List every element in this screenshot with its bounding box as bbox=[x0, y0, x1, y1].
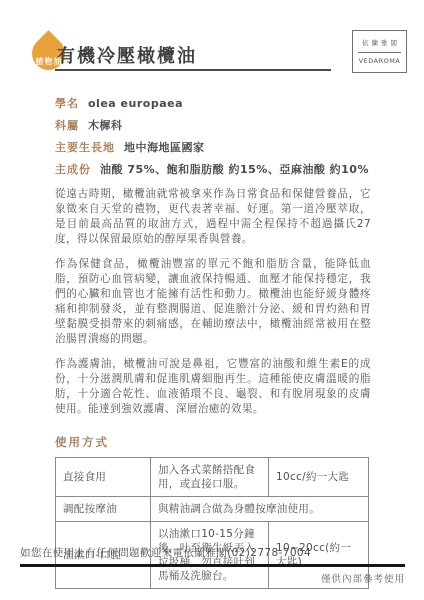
usage-desc: 加入各式菜餚搭配食用，或直接口服。 bbox=[151, 458, 269, 497]
spec-value: olea europaea bbox=[88, 97, 183, 110]
usage-desc: 與精油調合做為身體按摩油使用。 bbox=[151, 497, 369, 522]
spec-value: 木樨科 bbox=[88, 117, 123, 133]
usage-method: 直接食用 bbox=[56, 458, 151, 497]
usage-dose: 10cc/約一大匙 bbox=[269, 458, 369, 497]
table-row-direct-eat: 直接食用 加入各式菜餚搭配食用，或直接口服。 10cc/約一大匙 bbox=[56, 458, 369, 497]
usage-section-title: 使用方式 bbox=[55, 434, 371, 450]
spec-value: 油酸 75%、飽和脂肪酸 約15%、亞麻油酸 約10% bbox=[100, 161, 369, 177]
spec-row-origin: 主要生長地 地中海地區國家 bbox=[55, 139, 371, 155]
spec-label: 科屬 bbox=[55, 117, 79, 133]
spec-value: 地中海地區國家 bbox=[124, 139, 205, 155]
usage-method: 調配按摩油 bbox=[56, 497, 151, 522]
spec-label: 主成份 bbox=[55, 161, 91, 177]
brand-logo-cjk: 依蘭雅閣 bbox=[353, 38, 406, 47]
paragraph-health: 作為保健食品，橄欖油豐富的單元不飽和脂肪含量，能降低血脂，預防心血管病變，讓血液… bbox=[55, 257, 371, 347]
table-row-massage-oil: 調配按摩油 與精油調合做為身體按摩油使用。 bbox=[56, 497, 369, 522]
document-page: 植物油 有機冷壓橄欖油 依蘭雅閣 VEDAROMA 學名 olea europa… bbox=[0, 0, 424, 600]
footer: 如您在使用上有任何問題歡迎來電依蘭雅閣(02)2778-7004 僅供內部參考使… bbox=[20, 545, 405, 585]
footer-note: 僅供內部參考使用 bbox=[20, 571, 405, 585]
spec-row-scientific-name: 學名 olea europaea bbox=[55, 95, 371, 111]
page-title: 有機冷壓橄欖油 bbox=[57, 42, 197, 68]
brand-logo-latin: VEDAROMA bbox=[353, 57, 406, 65]
title-underline bbox=[55, 69, 331, 71]
spec-row-components: 主成份 油酸 75%、飽和脂肪酸 約15%、亞麻油酸 約10% bbox=[55, 161, 371, 177]
footer-divider bbox=[20, 564, 405, 567]
footer-contact-text: 如您在使用上有任何問題歡迎來電依蘭雅閣(02)2778-7004 bbox=[20, 545, 405, 560]
content-column: 學名 olea europaea 科屬 木樨科 主要生長地 地中海地區國家 主成… bbox=[55, 95, 371, 589]
brand-logo: 依蘭雅閣 VEDAROMA bbox=[352, 30, 407, 73]
spec-label: 學名 bbox=[55, 95, 79, 111]
paragraph-history: 從遠古時期，橄欖油就常被拿來作為日常食品和保健營養品，它象徵來自天堂的禮物，更代… bbox=[55, 187, 371, 247]
paragraph-skincare: 作為護膚油，橄欖油可說是鼻祖，它豐富的油酸和維生素E的成份，十分滋潤肌膚和促進肌… bbox=[55, 357, 371, 417]
logo-divider bbox=[358, 52, 401, 53]
spec-row-family: 科屬 木樨科 bbox=[55, 117, 371, 133]
spec-label: 主要生長地 bbox=[55, 139, 115, 155]
